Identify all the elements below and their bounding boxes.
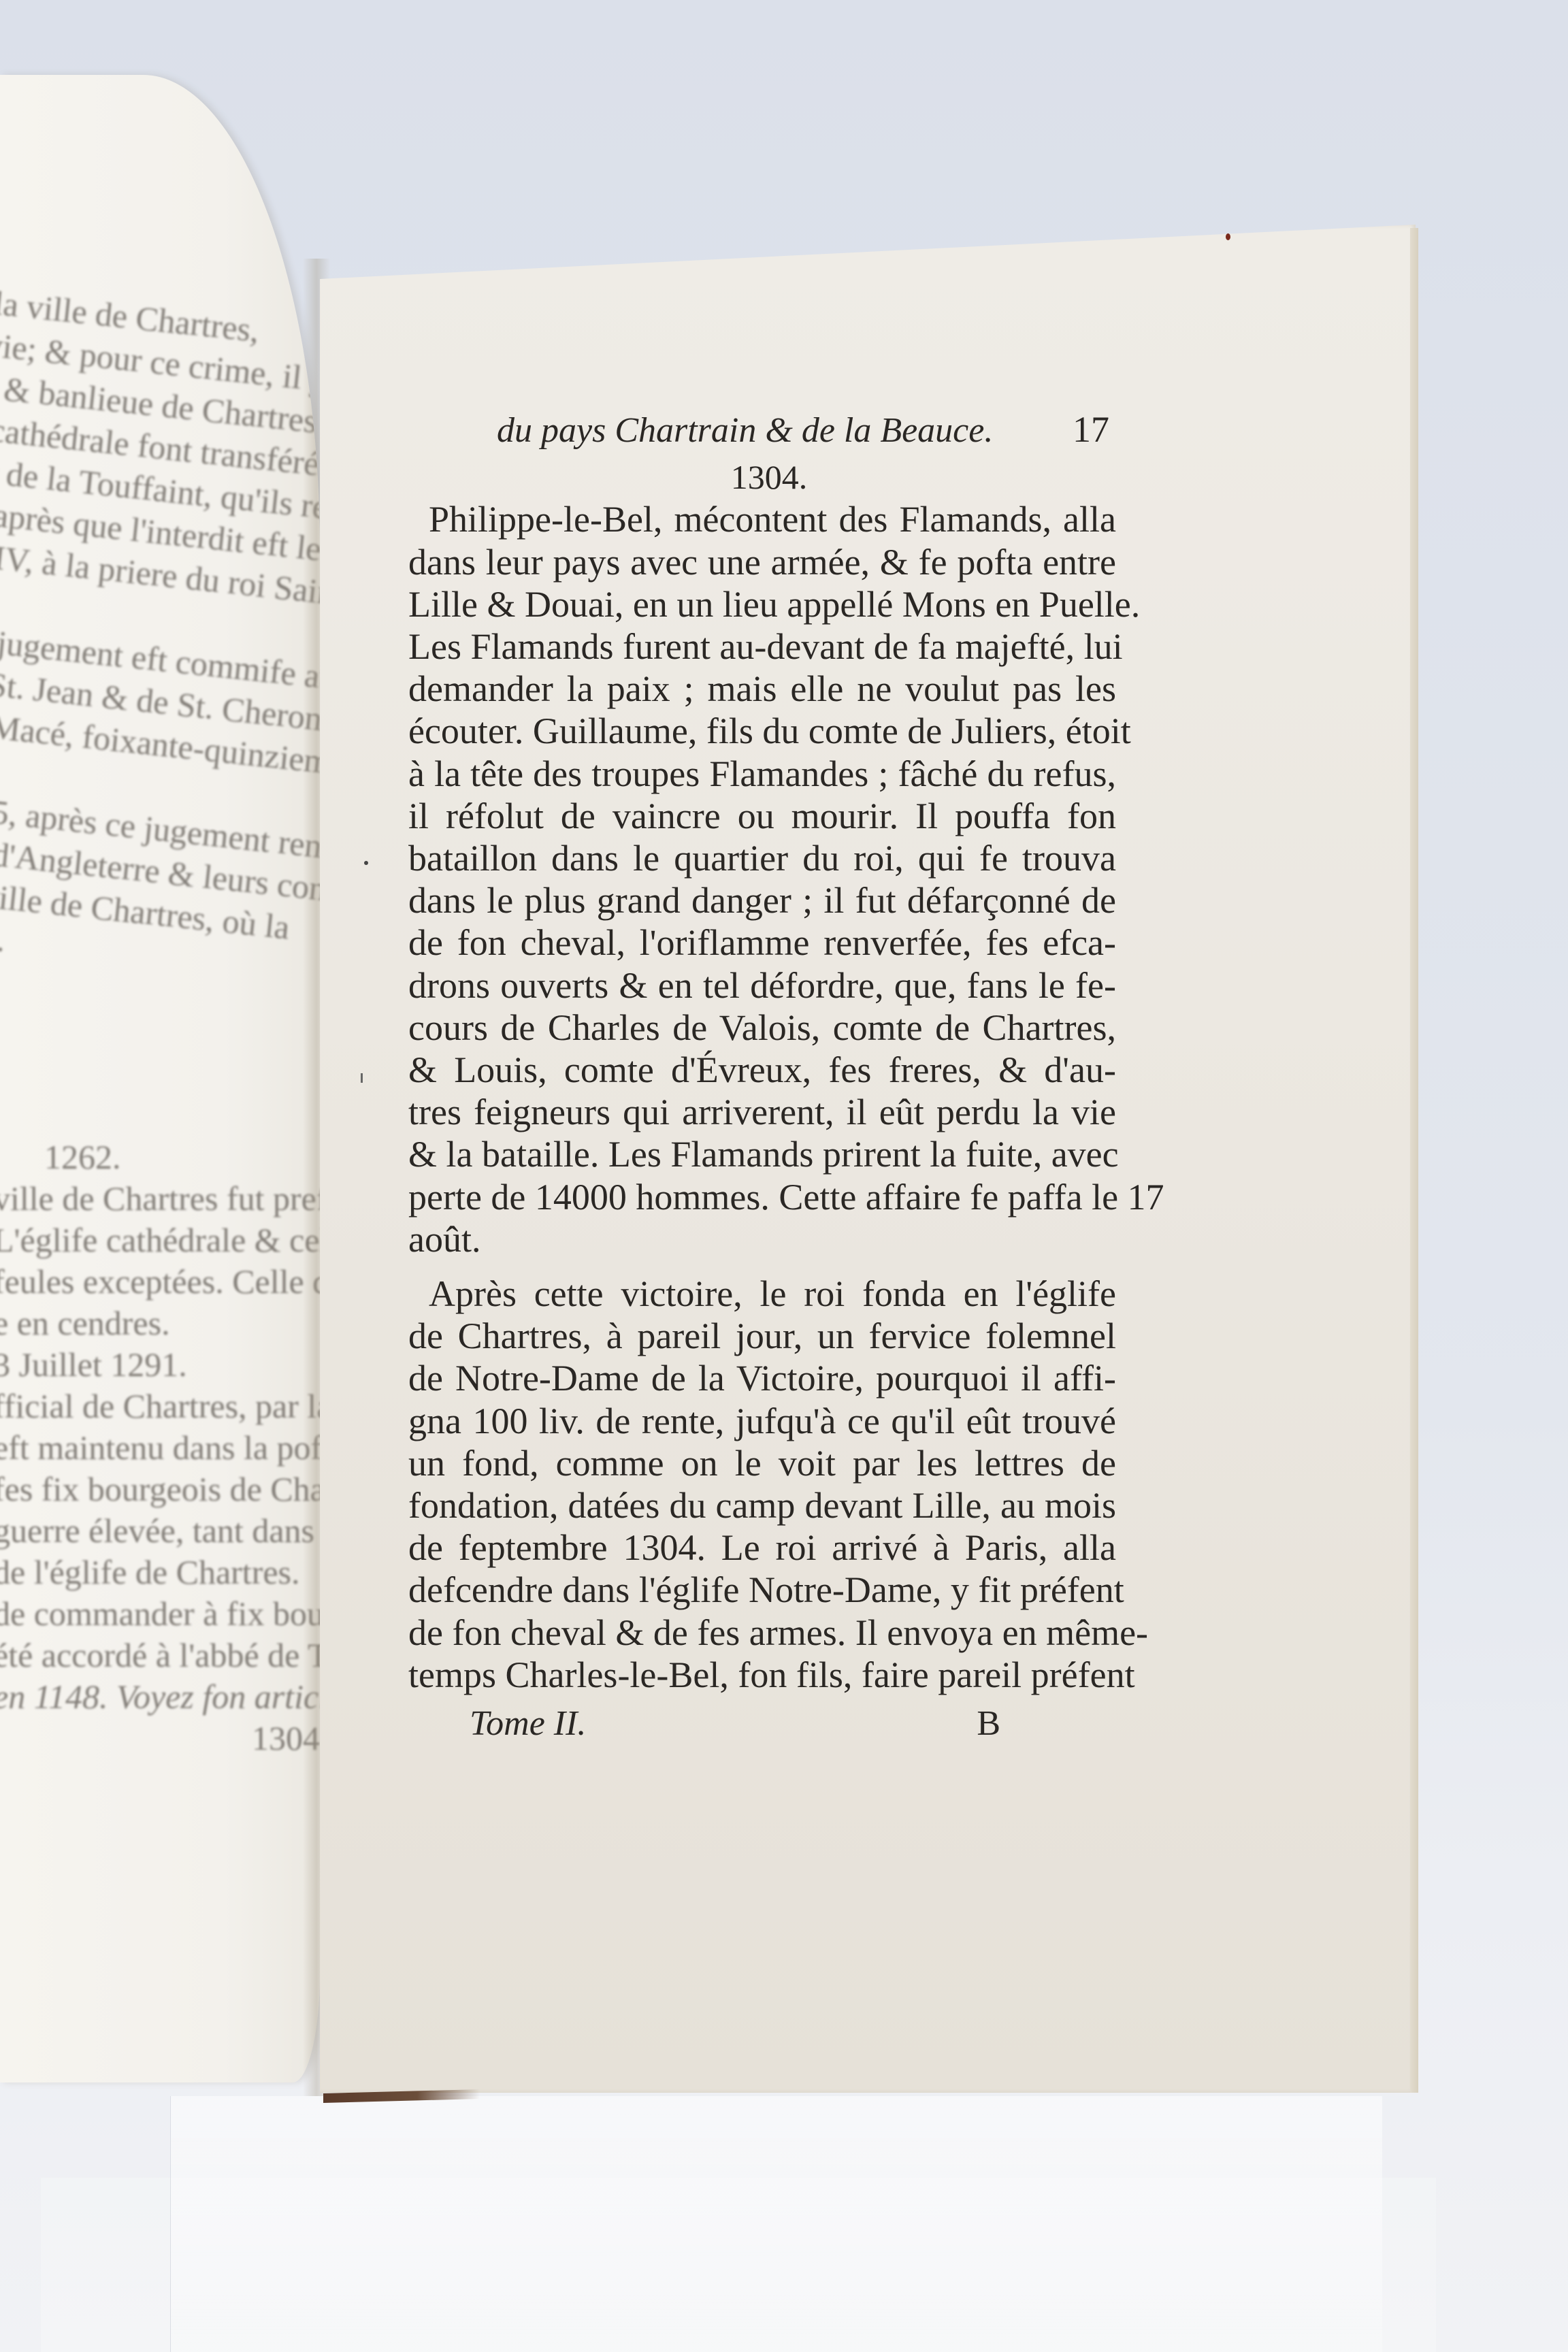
left-line: ville de Chartres fut prefqu'en- [0,1178,320,1220]
year-heading: 1304. [408,456,1116,498]
left-page-text-bottom: 1262. ville de Chartres fut prefqu'en- L… [0,1137,320,1759]
page-fore-edge [1410,228,1418,2093]
left-line: 3 Juillet 1291. [0,1344,320,1386]
margin-mark [361,1073,363,1083]
text-line: dans leur pays avec une armée, & fe poft… [408,541,1116,583]
text-line: Les Flamands furent au-devant de fa maje… [408,625,1116,668]
text-line: il réfolut de vaincre ou mourir. Il pouf… [408,795,1116,837]
left-line: en 1148. Voyez fon article. [0,1676,320,1718]
paragraph-gap [408,1260,1116,1273]
foxing-spot [1226,233,1230,240]
running-head-title: du pays Chartrain & de la Beauce. [497,410,993,452]
text-line: août. [408,1218,1116,1260]
left-page-text-top: e la ville de Chartres, r vie; & pour ce… [0,279,320,987]
text-line: gna 100 liv. de rente, jufqu'à ce qu'il … [408,1400,1116,1442]
text-line: & la bataille. Les Flamands prirent la f… [408,1133,1116,1175]
volume-label: Tome II. [470,1703,586,1745]
right-page-text: du pays Chartrain & de la Beauce. 17 130… [408,408,1116,1745]
left-line: guerre élevée, tant dans la nef [0,1510,320,1552]
margin-mark [364,861,368,865]
text-line: de Chartres, à pareil jour, un fervice f… [408,1315,1116,1357]
left-line: fficial de Chartres, par laquelle [0,1386,320,1427]
left-line: L'églife cathédrale & celle de [0,1220,320,1261]
text-line: bataillon dans le quartier du roi, qui f… [408,837,1116,879]
text-line: de feptembre 1304. Le roi arrivé à Paris… [408,1526,1116,1569]
left-line: feules exceptées. Celle de St. [0,1261,320,1303]
left-line: fes fix bourgeois de Chartres [0,1469,320,1510]
text-line: Lille & Douai, en un lieu appellé Mons e… [408,583,1116,625]
text-line: Après cette victoire, le roi fonda en l'… [408,1273,1116,1315]
text-line: temps Charles-le-Bel, fon fils, faire pa… [408,1654,1116,1696]
left-year-heading: 1262. [0,1137,320,1178]
left-line: e en cendres. [0,1303,320,1344]
text-line: écouter. Guillaume, fils du comte de Jul… [408,710,1116,752]
paragraph-2: Après cette victoire, le roi fonda en l'… [408,1273,1116,1696]
text-line: à la tête des troupes Flamandes ; fâché … [408,753,1116,795]
text-line: tres feigneurs qui arriverent, il eût pe… [408,1091,1116,1133]
running-head: du pays Chartrain & de la Beauce. 17 [408,408,1116,452]
text-line: & Louis, comte d'Évreux, fes freres, & d… [408,1049,1116,1091]
text-line: cours de Charles de Valois, comte de Cha… [408,1007,1116,1049]
paragraph-1: Philippe-le-Bel, mécontent des Flamands,… [408,498,1116,1260]
text-line: defcendre dans l'églife Notre-Dame, y fi… [408,1569,1116,1611]
text-line: drons ouverts & en tel défordre, que, fa… [408,964,1116,1007]
text-line: de Notre-Dame de la Victoire, pourquoi i… [408,1357,1116,1399]
text-line: fondation, datées du camp devant Lille, … [408,1484,1116,1526]
page-number: 17 [1073,408,1116,451]
left-page: e la ville de Chartres, r vie; & pour ce… [0,75,320,2082]
text-line: demander la paix ; mais elle ne voulut p… [408,668,1116,710]
signature-mark: B [977,1703,1000,1745]
left-catchword: 1304 [0,1718,320,1759]
display-stand-reflection [170,2096,1382,2352]
page-footer: Tome II. B [408,1703,1116,1745]
text-line: un fond, comme on le voit par les lettre… [408,1442,1116,1484]
left-line: été accordé à l'abbé de Tiron [0,1635,320,1676]
text-line: de fon cheval & de fes armes. Il envoya … [408,1612,1116,1654]
text-line: perte de 14000 hommes. Cette affaire fe … [408,1176,1116,1218]
text-line: de fon cheval, l'oriflamme renverfée, fe… [408,921,1116,964]
left-line: de l'églife de Chartres. [0,1552,320,1593]
text-line: dans le plus grand danger ; il fut défar… [408,879,1116,921]
left-line: de commander à fix bourgeois [0,1593,320,1635]
text-line: Philippe-le-Bel, mécontent des Flamands,… [408,498,1116,540]
left-line: eft maintenu dans la poffeffion [0,1427,320,1469]
